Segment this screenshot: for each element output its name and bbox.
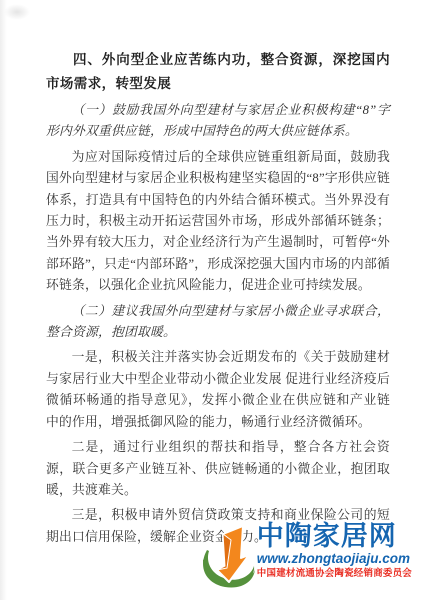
subsection-2-title: （二）建议我国外向型建材与家居小微企业寻求联合，整合资源，抱团取暖。 — [46, 301, 390, 344]
point-paragraph-2: 二是，通过行业组织的帮扶和指导，整合各方社会资源，联合更多产业链互补、供应链畅通… — [46, 437, 390, 501]
site-watermark: 中陶家居网 www.zhongtaojiaju.com 中国建材流通协会陶瓷经销… — [199, 522, 412, 592]
site-name: 中陶家居网 — [257, 522, 397, 550]
section-heading: 四、外向型企业应苦练内功，整合资源，深挖国内市场需求，转型发展 — [46, 48, 390, 96]
site-url: www.zhongtaojiaju.com — [257, 551, 410, 566]
zhongtao-logo-icon — [199, 524, 255, 592]
subsection-1-title: （一）鼓励我国外向型建材与家居企业积极构建“8”字形内外双重供应链，形成中国特色… — [46, 100, 390, 143]
point-paragraph-1: 一是，积极关注并落实协会近期发布的《关于鼓励建材与家居行业大中型企业带动小微企业… — [46, 347, 390, 433]
document-page: 四、外向型企业应苦练内功，整合资源，深挖国内市场需求，转型发展 （一）鼓励我国外… — [0, 0, 424, 600]
body-paragraph-1: 为应对国际疫情过后的全球供应链重组新局面，鼓励我国外向型建材与家居企业积极构建坚… — [46, 147, 390, 297]
org-name: 中国建材流通协会陶瓷经销商委员会 — [257, 568, 412, 579]
